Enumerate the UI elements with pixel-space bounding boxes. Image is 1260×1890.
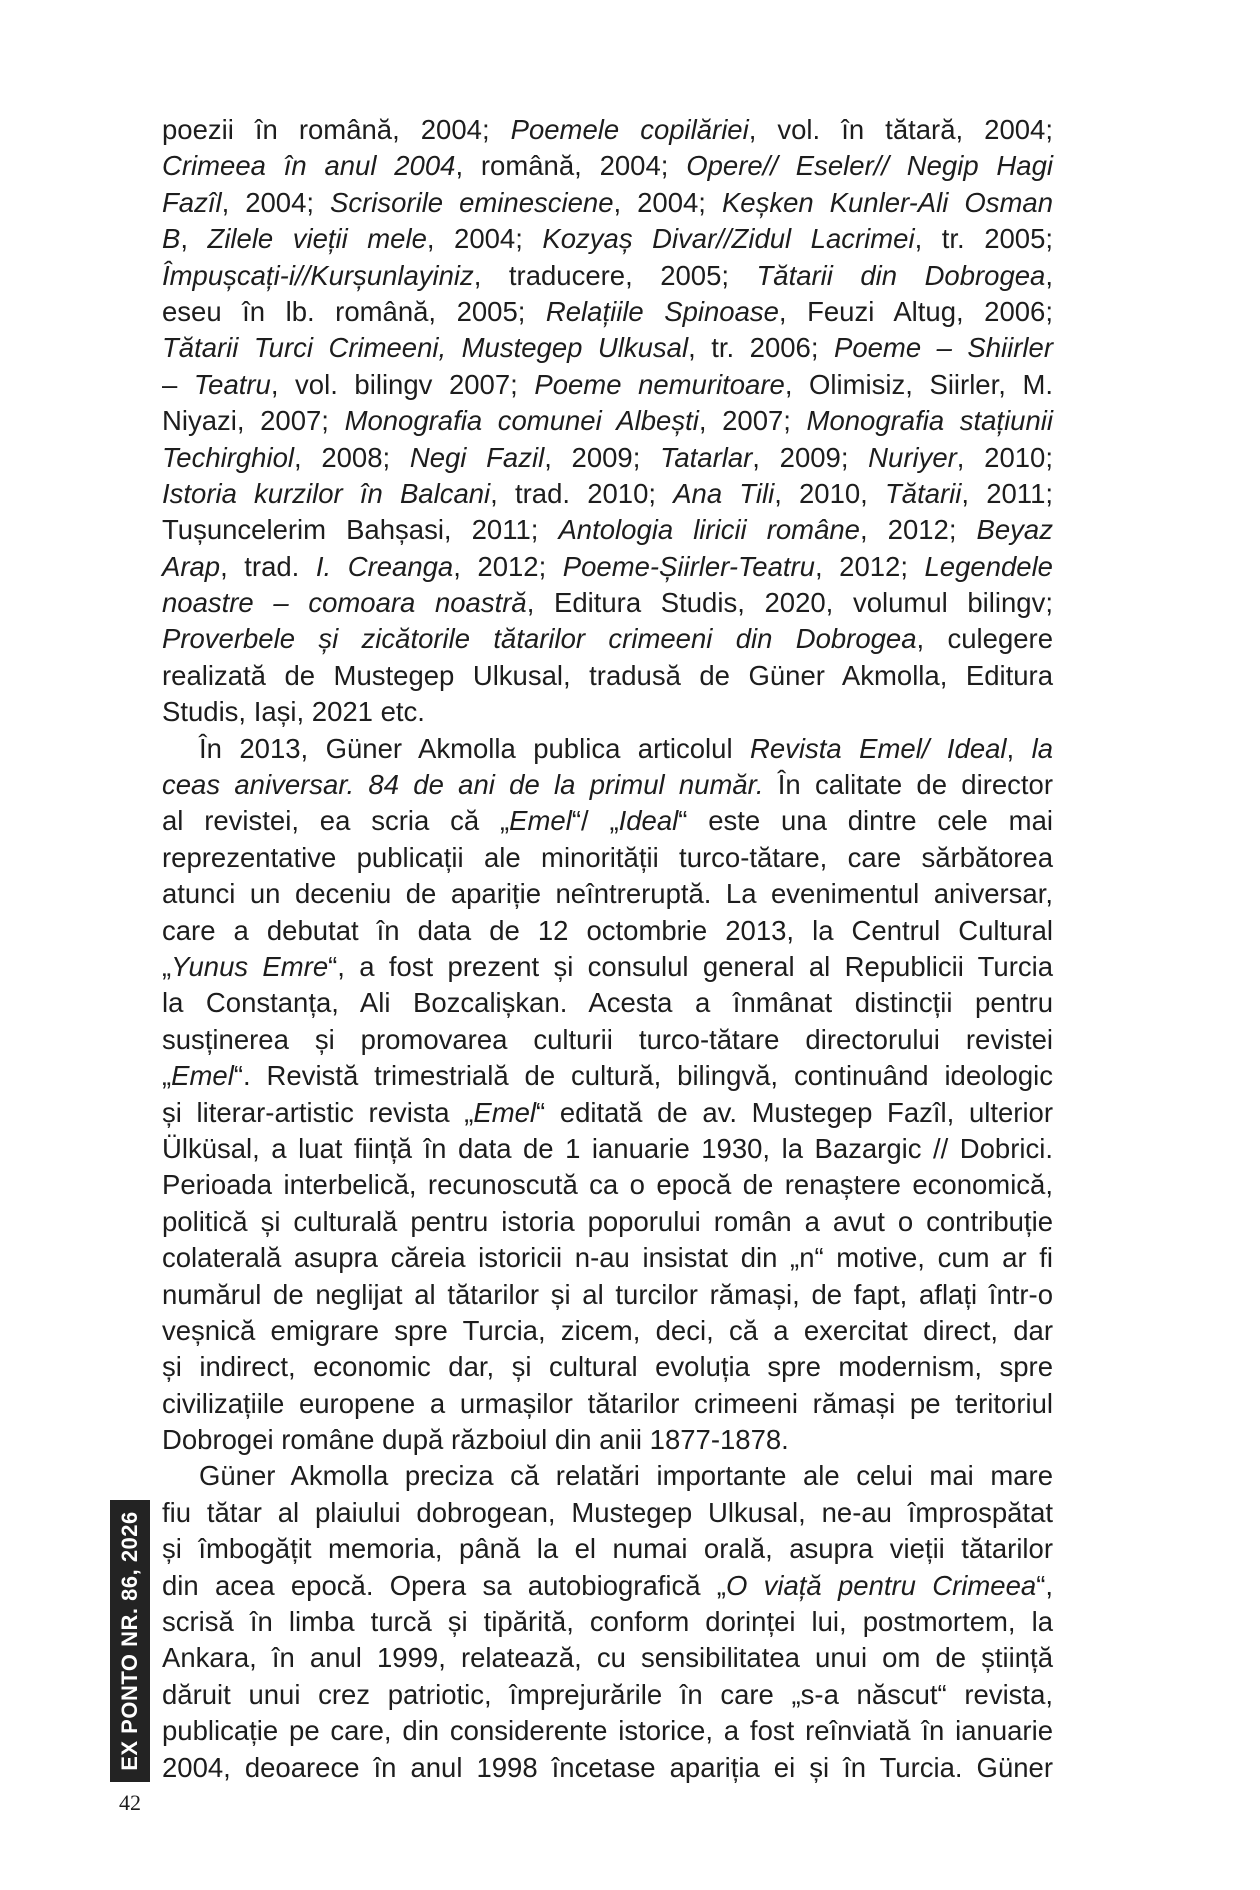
text-line: fiu tătar al plaiului dobrogean, Mustege… — [162, 1495, 1053, 1531]
text-run: Studis, Iași, 2021 etc. — [162, 696, 425, 727]
italic-title: Monografia stațiunii — [807, 405, 1053, 436]
text-run: “/ „ — [572, 805, 619, 836]
italic-title: Beyaz — [977, 514, 1053, 545]
italic-title: Poeme-Șiirler-Teatru — [563, 551, 815, 582]
text-line: – Teatru, vol. bilingv 2007; Poeme nemur… — [162, 367, 1053, 403]
italic-title: Fazîl — [162, 187, 222, 218]
text-line: realizată de Mustegep Ulkusal, tradusă d… — [162, 658, 1053, 694]
italic-title: Poeme nemuritoare — [534, 369, 784, 400]
text-line: dăruit unui crez patriotic, împrejurăril… — [162, 1677, 1053, 1713]
document-page: poezii în română, 2004; Poemele copilări… — [0, 0, 1260, 1890]
text-line: veșnică emigrare spre Turcia, zicem, dec… — [162, 1313, 1053, 1349]
text-line: Ülküsal, a luat ființă în data de 1 ianu… — [162, 1131, 1053, 1167]
journal-issue-label: EX PONTO NR. 86, 2026 — [117, 1511, 143, 1771]
text-run: , — [180, 223, 207, 254]
text-line: Güner Akmolla preciza că relatări import… — [162, 1458, 1053, 1494]
text-line: Dobrogei române după războiul din anii 1… — [162, 1422, 1053, 1458]
italic-title: Tătarii din Dobrogea — [757, 260, 1046, 291]
italic-title: Techirghiol — [162, 442, 294, 473]
text-run: și indirect, economic dar, și cultural e… — [162, 1351, 1053, 1382]
text-line: Tătarii Turci Crimeeni, Mustegep Ulkusal… — [162, 330, 1053, 366]
text-line: din acea epocă. Opera sa autobiografică … — [162, 1568, 1053, 1604]
text-line: Niyazi, 2007; Monografia comunei Albești… — [162, 403, 1053, 439]
text-line: civilizațiile europene a urmașilor tătar… — [162, 1386, 1053, 1422]
text-run: 2004, deoarece în anul 1998 încetase apa… — [162, 1752, 1053, 1783]
text-line: Techirghiol, 2008; Negi Fazil, 2009; Tat… — [162, 440, 1053, 476]
italic-title: ceas aniversar. 84 de ani de la primul n… — [162, 769, 763, 800]
italic-title: la — [1032, 733, 1053, 764]
text-line: Tușuncelerim Bahșasi, 2011; Antologia li… — [162, 512, 1053, 548]
text-run: “ editată de av. Mustegep Fazîl, ulterio… — [536, 1097, 1053, 1128]
text-line: care a debutat în data de 12 octombrie 2… — [162, 913, 1053, 949]
italic-title: noastre – comoara noastră — [162, 587, 527, 618]
text-run: , 2010; — [957, 442, 1053, 473]
text-run: , 2012; — [860, 514, 977, 545]
text-line: colaterală asupra căreia istoricii n-au … — [162, 1240, 1053, 1276]
italic-title: Relațiile Spinoase — [546, 296, 779, 327]
text-run: din acea epocă. Opera sa autobiografică … — [162, 1570, 726, 1601]
text-run: , română, 2004; — [455, 150, 686, 181]
italic-title: Teatru — [194, 369, 271, 400]
italic-title: Opere// Eseler// Negip Hagi — [686, 150, 1053, 181]
text-line: politică și culturală pentru istoria pop… — [162, 1204, 1053, 1240]
italic-title: Arap — [162, 551, 220, 582]
text-run: – — [162, 369, 194, 400]
text-run: , trad. — [220, 551, 316, 582]
italic-title: O viață pentru Crimeea — [726, 1570, 1036, 1601]
italic-title: Antologia liricii române — [558, 514, 860, 545]
text-run: , 2004; — [614, 187, 722, 218]
italic-title: Legendele — [925, 551, 1053, 582]
text-line: atunci un deceniu de apariție neîntrerup… — [162, 876, 1053, 912]
italic-title: Zilele vieții mele — [208, 223, 427, 254]
text-line: și literar-artistic revista „Emel“ edita… — [162, 1095, 1053, 1131]
text-run: dăruit unui crez patriotic, împrejurăril… — [162, 1679, 1053, 1710]
italic-title: I. Creanga — [316, 551, 453, 582]
text-run: , — [1045, 260, 1053, 291]
text-run: , trad. 2010; — [490, 478, 673, 509]
text-run: scrisă în limba turcă și tipărită, confo… — [162, 1606, 1053, 1637]
italic-title: Scrisorile eminesciene — [330, 187, 613, 218]
text-line: scrisă în limba turcă și tipărită, confo… — [162, 1604, 1053, 1640]
text-line: Crimeea în anul 2004, română, 2004; Oper… — [162, 148, 1053, 184]
italic-title: Poemele copilăriei — [511, 114, 749, 145]
text-run: și îmbogățit memoria, până la el numai o… — [162, 1533, 1053, 1564]
italic-title: Tătarii Turci Crimeeni, Mustegep Ulkusal — [162, 332, 688, 363]
text-run: , 2012; — [453, 551, 563, 582]
text-line: poezii în română, 2004; Poemele copilări… — [162, 112, 1053, 148]
text-line: și îmbogățit memoria, până la el numai o… — [162, 1531, 1053, 1567]
text-run: poezii în română, 2004; — [162, 114, 511, 145]
text-line: Istoria kurzilor în Balcani, trad. 2010;… — [162, 476, 1053, 512]
text-line: „Emel“. Revistă trimestrială de cultură,… — [162, 1058, 1053, 1094]
text-run: , tr. 2005; — [915, 223, 1053, 254]
body-text: poezii în română, 2004; Poemele copilări… — [162, 112, 1053, 1786]
text-line: la Constanța, Ali Bozcalișkan. Acesta a … — [162, 985, 1053, 1021]
text-run: , — [1007, 733, 1032, 764]
text-run: reprezentative publicații ale minorități… — [162, 842, 1053, 873]
text-line: 2004, deoarece în anul 1998 încetase apa… — [162, 1750, 1053, 1786]
italic-title: Emel — [509, 805, 572, 836]
text-run: “, a fost prezent și consulul general al… — [328, 951, 1053, 982]
text-run: Ülküsal, a luat ființă în data de 1 ianu… — [162, 1133, 1053, 1164]
text-run: „ — [162, 951, 171, 982]
text-run: , traducere, 2005; — [474, 260, 757, 291]
text-run: și literar-artistic revista „ — [162, 1097, 473, 1128]
page-number: 42 — [110, 1790, 150, 1816]
italic-title: Emel — [171, 1060, 234, 1091]
text-run: Tușuncelerim Bahșasi, 2011; — [162, 514, 558, 545]
text-run: Perioada interbelică, recunoscută ca o e… — [162, 1169, 1053, 1200]
text-run: , 2004; — [427, 223, 543, 254]
text-line: al revistei, ea scria că „Emel“/ „Ideal“… — [162, 803, 1053, 839]
text-line: Fazîl, 2004; Scrisorile eminesciene, 200… — [162, 185, 1053, 221]
text-line: Ankara, în anul 1999, relatează, cu sens… — [162, 1640, 1053, 1676]
italic-title: Istoria kurzilor în Balcani — [162, 478, 490, 509]
text-run: În calitate de director — [763, 769, 1053, 800]
text-line: B, Zilele vieții mele, 2004; Kozyaș Diva… — [162, 221, 1053, 257]
italic-title: Ana Tili — [673, 478, 774, 509]
text-run: eseu în lb. română, 2005; — [162, 296, 546, 327]
text-run: realizată de Mustegep Ulkusal, tradusă d… — [162, 660, 1053, 691]
text-line: Proverbele și zicătorile tătarilor crime… — [162, 621, 1053, 657]
text-run: , vol. în tătară, 2004; — [749, 114, 1053, 145]
text-run: , 2008; — [294, 442, 410, 473]
text-run: Dobrogei române după războiul din anii 1… — [162, 1424, 789, 1455]
text-run: , 2011; — [961, 478, 1053, 509]
text-line: Studis, Iași, 2021 etc. — [162, 694, 1053, 730]
text-run: veșnică emigrare spre Turcia, zicem, dec… — [162, 1315, 1053, 1346]
text-line: ceas aniversar. 84 de ani de la primul n… — [162, 767, 1053, 803]
text-run: publicație pe care, din considerente ist… — [162, 1715, 1053, 1746]
text-run: , 2007; — [699, 405, 807, 436]
text-line: eseu în lb. română, 2005; Relațiile Spin… — [162, 294, 1053, 330]
text-run: , 2012; — [815, 551, 925, 582]
text-run: la Constanța, Ali Bozcalișkan. Acesta a … — [162, 987, 1053, 1018]
text-run: colaterală asupra căreia istoricii n-au … — [162, 1242, 1053, 1273]
text-run: , culegere — [917, 623, 1053, 654]
italic-title: Emel — [473, 1097, 536, 1128]
text-run: , 2010, — [774, 478, 885, 509]
italic-title: B — [162, 223, 180, 254]
text-line: reprezentative publicații ale minorități… — [162, 840, 1053, 876]
text-run: , Olimisiz, Siirler, M. — [785, 369, 1053, 400]
text-run: , tr. 2006; — [688, 332, 834, 363]
text-run: Niyazi, 2007; — [162, 405, 345, 436]
italic-title: Monografia comunei Albești — [345, 405, 699, 436]
italic-title: Ideal — [619, 805, 679, 836]
text-run: , 2004; — [222, 187, 330, 218]
italic-title: Negi Fazil — [410, 442, 544, 473]
text-line: Perioada interbelică, recunoscută ca o e… — [162, 1167, 1053, 1203]
text-run: , vol. bilingv 2007; — [271, 369, 535, 400]
text-line: și indirect, economic dar, și cultural e… — [162, 1349, 1053, 1385]
text-run: „ — [162, 1060, 171, 1091]
text-run: civilizațiile europene a urmașilor tătar… — [162, 1388, 1053, 1419]
text-line: „Yunus Emre“, a fost prezent și consulul… — [162, 949, 1053, 985]
text-line: numărul de neglijat al tătarilor și al t… — [162, 1277, 1053, 1313]
italic-title: Yunus Emre — [171, 951, 328, 982]
text-run: În 2013, Güner Akmolla publica articolul — [199, 733, 750, 764]
text-line: susținerea și promovarea culturii turco-… — [162, 1022, 1053, 1058]
text-run: al revistei, ea scria că „ — [162, 805, 509, 836]
text-run: numărul de neglijat al tătarilor și al t… — [162, 1279, 1053, 1310]
text-run: care a debutat în data de 12 octombrie 2… — [162, 915, 1053, 946]
journal-sidebar-tab: EX PONTO NR. 86, 2026 — [110, 1500, 150, 1782]
italic-title: Nuriyer — [868, 442, 957, 473]
text-line: Arap, trad. I. Creanga, 2012; Poeme-Șiir… — [162, 549, 1053, 585]
text-run: atunci un deceniu de apariție neîntrerup… — [162, 878, 1053, 909]
italic-title: Împușcați-i//Kurșunlayiniz — [162, 260, 474, 291]
text-run: , 2009; — [752, 442, 868, 473]
italic-title: Crimeea în anul 2004 — [162, 150, 455, 181]
text-line: Împușcați-i//Kurșunlayiniz, traducere, 2… — [162, 258, 1053, 294]
italic-title: Tătarii — [885, 478, 961, 509]
text-run: , Feuzi Altug, 2006; — [779, 296, 1053, 327]
text-run: , 2009; — [544, 442, 660, 473]
text-line: În 2013, Güner Akmolla publica articolul… — [162, 731, 1053, 767]
italic-title: Kozyaș Divar//Zidul Lacrimei — [542, 223, 914, 254]
italic-title: Revista Emel/ Ideal — [750, 733, 1007, 764]
text-run: Güner Akmolla preciza că relatări import… — [199, 1460, 1053, 1491]
text-run: “. Revistă trimestrială de cultură, bili… — [234, 1060, 1053, 1091]
text-run: fiu tătar al plaiului dobrogean, Mustege… — [162, 1497, 1053, 1528]
text-run: “ este una dintre cele mai — [678, 805, 1053, 836]
text-line: publicație pe care, din considerente ist… — [162, 1713, 1053, 1749]
italic-title: Proverbele și zicătorile tătarilor crime… — [162, 623, 917, 654]
italic-title: Tatarlar — [660, 442, 752, 473]
italic-title: Keșken Kunler-Ali Osman — [722, 187, 1053, 218]
text-run: susținerea și promovarea culturii turco-… — [162, 1024, 1053, 1055]
text-run: politică și culturală pentru istoria pop… — [162, 1206, 1053, 1237]
text-line: noastre – comoara noastră, Editura Studi… — [162, 585, 1053, 621]
text-run: “, — [1036, 1570, 1053, 1601]
text-run: , Editura Studis, 2020, volumul bilingv; — [527, 587, 1053, 618]
italic-title: Poeme – Shiirler — [834, 332, 1053, 363]
text-run: Ankara, în anul 1999, relatează, cu sens… — [162, 1642, 1053, 1673]
